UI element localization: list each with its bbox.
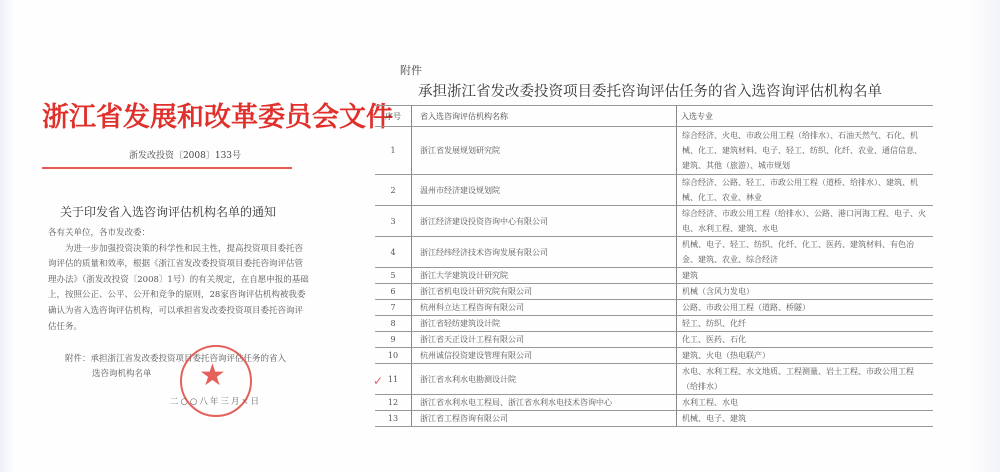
row-no: 12 bbox=[375, 395, 412, 411]
table-title: 承担浙江省发改委投资项目委托咨询评估任务的省入选咨询评估机构名单 bbox=[418, 80, 882, 101]
row-name: 杭州科立达工程咨询有限公司 bbox=[412, 300, 677, 316]
row-spec: 综合经济、火电、市政公用工程（给排水）、石油天然气、石化、机械、化工、建筑材料、… bbox=[677, 127, 934, 175]
row-spec: 机械、电子、轻工、纺织、化纤、化工、医药、建筑材料、有色冶金、建筑、农业、综合经… bbox=[677, 237, 934, 268]
table-row: 10杭州诚信投资建设管理有限公司建筑、火电（热电联产） bbox=[375, 348, 933, 364]
row-name: 浙江大学建筑设计研究院 bbox=[412, 268, 677, 284]
row-no: 10 bbox=[375, 348, 412, 364]
salutation: 各有关单位，各市发改委： bbox=[48, 226, 310, 242]
row-no: 3 bbox=[375, 206, 412, 237]
row-no: 5 bbox=[375, 268, 412, 284]
col-header-name: 省入选咨询评估机构名称 bbox=[412, 106, 677, 127]
table-row: 7杭州科立达工程咨询有限公司公路、市政公用工程（道路、桥隧） bbox=[375, 300, 933, 316]
table-row: 13浙江省工程咨询有限公司机械、电子、建筑 bbox=[375, 411, 933, 427]
table-row: 3浙江经济建设投资咨询中心有限公司综合经济、市政公用工程（给排水）、公路、港口河… bbox=[375, 206, 933, 237]
scan-edge bbox=[0, 0, 14, 472]
row-spec: 水电、水利工程、水文地质、工程测量、岩土工程、市政公用工程（给排水） bbox=[677, 364, 934, 395]
row-name: 浙江省轻纺建筑设计院 bbox=[412, 316, 677, 332]
row-spec: 化工、医药、石化 bbox=[677, 332, 934, 348]
row-name: 浙江省天正设计工程有限公司 bbox=[412, 332, 677, 348]
row-name: 浙江省机电设计研究院有限公司 bbox=[412, 284, 677, 300]
table-row: 9浙江省天正设计工程有限公司化工、医药、石化 bbox=[375, 332, 933, 348]
table-row: 6浙江省机电设计研究院有限公司机械（含风力发电） bbox=[375, 284, 933, 300]
table-row: 4浙江经纬经济技术咨询发展有限公司机械、电子、轻工、纺织、化纤、化工、医药、建筑… bbox=[375, 237, 933, 268]
check-mark-icon: ✓ bbox=[373, 374, 383, 388]
row-name: 浙江省工程咨询有限公司 bbox=[412, 411, 677, 427]
institution-table: 序号 省入选咨询评估机构名称 入选专业 1浙江省发展规划研究院综合经济、火电、市… bbox=[375, 105, 933, 427]
col-header-no: 序号 bbox=[375, 106, 412, 127]
row-name: 浙江经济建设投资咨询中心有限公司 bbox=[412, 206, 677, 237]
row-name: 浙江省水利水电工程局、浙江省水利水电技术咨询中心 bbox=[412, 395, 677, 411]
row-spec: 水利工程、水电 bbox=[677, 395, 934, 411]
table-row: 8浙江省轻纺建筑设计院轻工、纺织、化纤 bbox=[375, 316, 933, 332]
table-row: 2温州市经济建设规划院综合经济、公路、轻工、市政公用工程（道桥、给排水）、建筑、… bbox=[375, 175, 933, 206]
table-row: 1浙江省发展规划研究院综合经济、火电、市政公用工程（给排水）、石油天然气、石化、… bbox=[375, 127, 933, 175]
row-spec: 建筑、火电（热电联产） bbox=[677, 348, 934, 364]
row-no: 13 bbox=[375, 411, 412, 427]
official-seal: ★ bbox=[180, 345, 252, 417]
table-row: 5浙江大学建筑设计研究院建筑 bbox=[375, 268, 933, 284]
row-no: 8 bbox=[375, 316, 412, 332]
attachment-label: 附件 bbox=[400, 62, 422, 78]
row-name: 温州市经济建设规划院 bbox=[412, 175, 677, 206]
row-no: 7 bbox=[375, 300, 412, 316]
table-row: 11浙江省水利水电勘测设计院水电、水利工程、水文地质、工程测量、岩土工程、市政公… bbox=[375, 364, 933, 395]
row-name: 杭州诚信投资建设管理有限公司 bbox=[412, 348, 677, 364]
row-no: 2 bbox=[375, 175, 412, 206]
row-name: 浙江省水利水电勘测设计院 bbox=[412, 364, 677, 395]
row-spec: 轻工、纺织、化纤 bbox=[677, 316, 934, 332]
left-page: 浙江省发展和改革委员会文件 浙发改投资〔2008〕133号 关于印发省入选咨询评… bbox=[0, 0, 370, 472]
col-header-spec: 入选专业 bbox=[677, 106, 934, 127]
document-number: 浙发改投资〔2008〕133号 bbox=[0, 148, 370, 161]
row-spec: 建筑 bbox=[677, 268, 934, 284]
body-paragraph: 为进一步加强投资决策的科学性和民主性，提高投资项目委托咨询评估的质量和效率，根据… bbox=[48, 242, 310, 336]
notice-title: 关于印发省入选咨询评估机构名单的通知 bbox=[60, 203, 276, 220]
row-no: 4 bbox=[375, 237, 412, 268]
star-icon: ★ bbox=[199, 361, 226, 391]
row-no: 6 bbox=[375, 284, 412, 300]
row-spec: 综合经济、市政公用工程（给排水）、公路、港口河海工程、电子、火电、水利工程、建筑… bbox=[677, 206, 934, 237]
red-divider bbox=[42, 167, 292, 169]
row-spec: 机械（含风力发电） bbox=[677, 284, 934, 300]
row-name: 浙江省发展规划研究院 bbox=[412, 127, 677, 175]
row-no: 9 bbox=[375, 332, 412, 348]
table-row: 12浙江省水利水电工程局、浙江省水利水电技术咨询中心水利工程、水电 bbox=[375, 395, 933, 411]
row-name: 浙江经纬经济技术咨询发展有限公司 bbox=[412, 237, 677, 268]
document-header-title: 浙江省发展和改革委员会文件 bbox=[42, 95, 342, 134]
row-spec: 综合经济、公路、轻工、市政公用工程（道桥、给排水）、建筑、机械、化工、农业、林业 bbox=[677, 175, 934, 206]
row-spec: 公路、市政公用工程（道路、桥隧） bbox=[677, 300, 934, 316]
scan-edge-right bbox=[970, 0, 1000, 472]
right-page: 附件 承担浙江省发改委投资项目委托咨询评估任务的省入选咨询评估机构名单 序号 省… bbox=[370, 0, 1000, 472]
row-spec: 机械、电子、建筑 bbox=[677, 411, 934, 427]
row-no: 1 bbox=[375, 127, 412, 175]
table-header-row: 序号 省入选咨询评估机构名称 入选专业 bbox=[375, 106, 933, 127]
notice-body: 各有关单位，各市发改委： 为进一步加强投资决策的科学性和民主性，提高投资项目委托… bbox=[48, 226, 310, 335]
